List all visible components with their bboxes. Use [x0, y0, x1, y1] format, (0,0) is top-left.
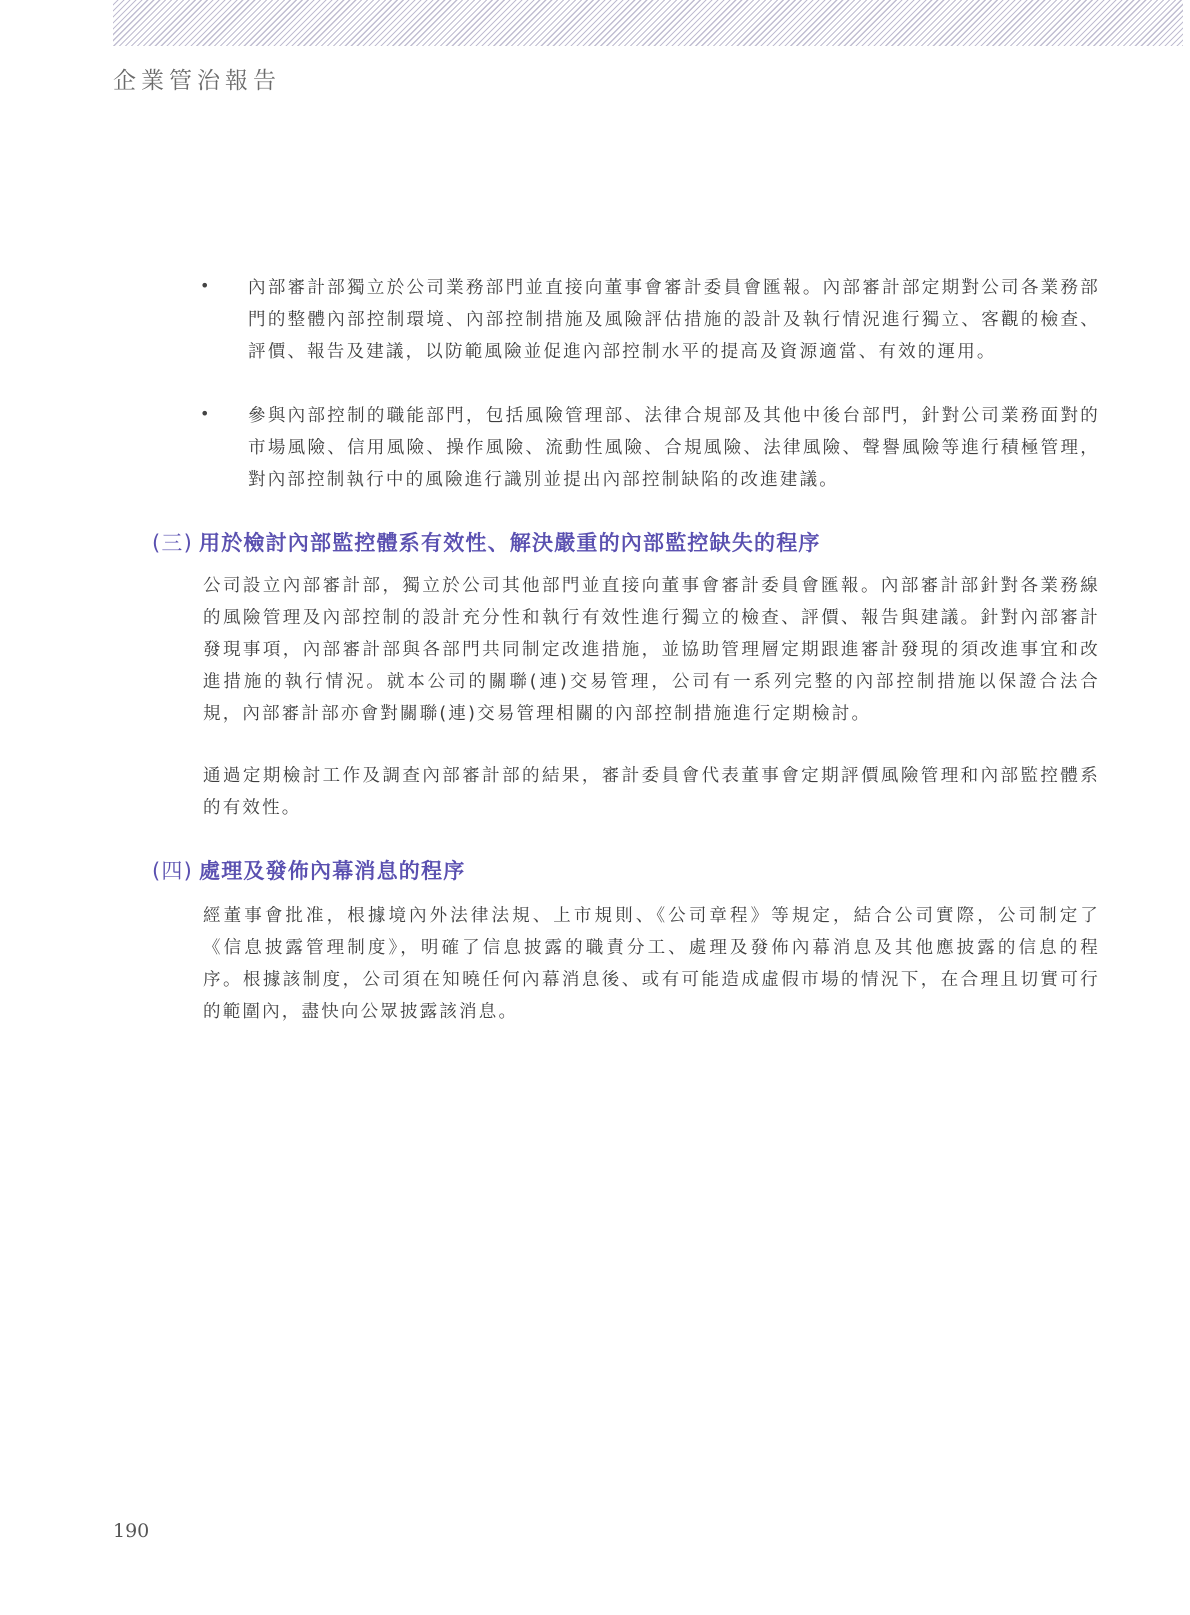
section-title: 處理及發佈內幕消息的程序: [199, 859, 465, 883]
page-number: 190: [113, 1520, 149, 1542]
decorative-hatch-band: [113, 0, 1183, 46]
bullet-marker: •: [200, 276, 209, 295]
bullet-text: 參與內部控制的職能部門，包括風險管理部、法律合規部及其他中後台部門，針對公司業務…: [248, 400, 1100, 496]
section-heading-3: (三)用於檢討內部監控體系有效性、解決嚴重的內部監控缺失的程序: [152, 527, 821, 557]
section-title: 用於檢討內部監控體系有效性、解決嚴重的內部監控缺失的程序: [199, 531, 821, 555]
bullet-text: 內部審計部獨立於公司業務部門並直接向董事會審計委員會匯報。內部審計部定期對公司各…: [248, 272, 1100, 368]
paragraph: 公司設立內部審計部，獨立於公司其他部門並直接向董事會審計委員會匯報。內部審計部針…: [203, 570, 1100, 730]
running-header-title: 企業管治報告: [113, 62, 281, 95]
section-number: (三): [152, 531, 193, 555]
paragraph: 經董事會批准，根據境內外法律法規、上市規則、《公司章程》等規定，結合公司實際，公…: [203, 900, 1100, 1028]
paragraph: 通過定期檢討工作及調查內部審計部的結果，審計委員會代表董事會定期評價風險管理和內…: [203, 760, 1100, 824]
section-heading-4: (四)處理及發佈內幕消息的程序: [152, 855, 465, 885]
section-number: (四): [152, 859, 193, 883]
bullet-marker: •: [200, 404, 209, 423]
